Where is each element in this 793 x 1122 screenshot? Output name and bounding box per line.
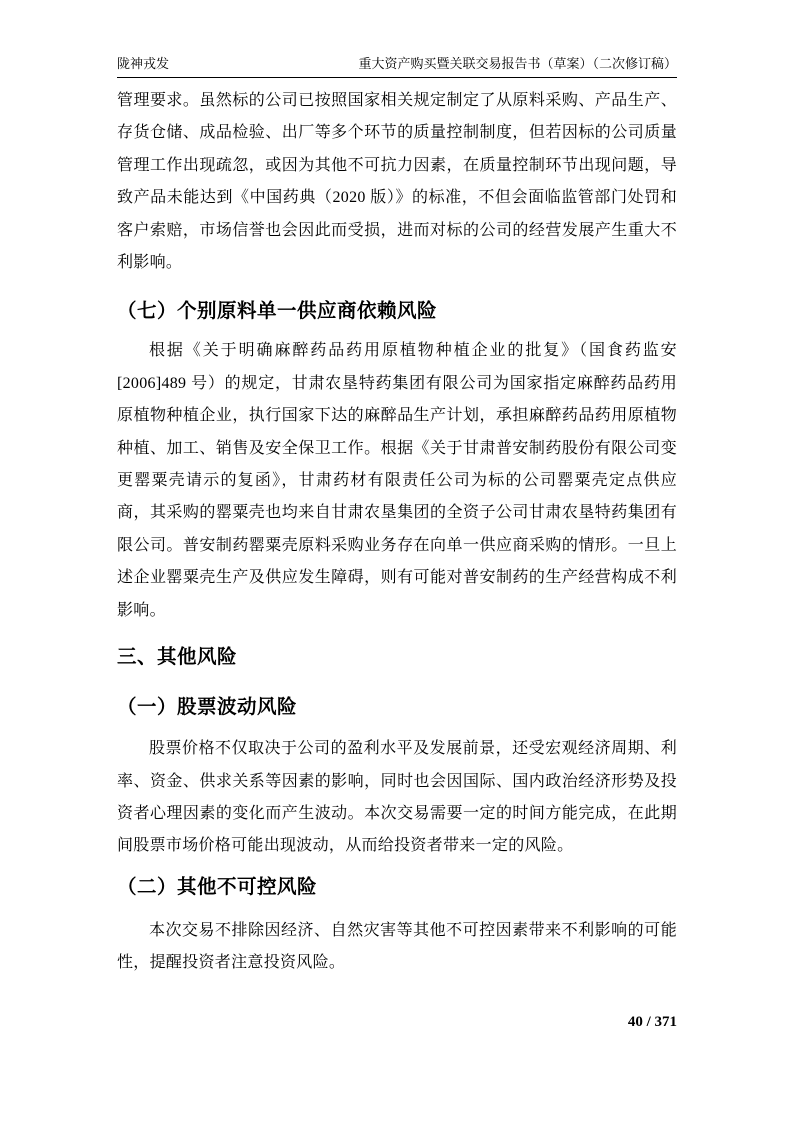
document-page: 陇神戎发 重大资产购买暨关联交易报告书（草案）（二次修订稿） 管理要求。虽然标的… [0,0,793,1122]
page-header: 陇神戎发 重大资产购买暨关联交易报告书（草案）（二次修订稿） [117,0,677,78]
heading-section3-2-uncontrollable-risk: （二）其他不可控风险 [117,873,677,901]
heading-section3-other-risks: 三、其他风险 [117,643,677,671]
page-number: 40 / 371 [628,1014,677,1030]
header-report-title: 重大资产购买暨关联交易报告书（草案）（二次修订稿） [358,55,677,72]
header-company-name: 陇神戎发 [117,55,169,72]
paragraph-single-supplier-risk: 根据《关于明确麻醉药品药用原植物种植企业的批复》（国食药监安[2006]489 … [117,335,677,627]
page-footer: 40 / 371 [628,1014,677,1031]
heading-section7-single-supplier-risk: （七）个别原料单一供应商依赖风险 [117,297,677,325]
paragraph-stock-volatility-risk: 股票价格不仅取决于公司的盈利水平及发展前景，还受宏观经济周期、利率、资金、供求关… [117,733,677,863]
heading-section3-1-stock-volatility-risk: （一）股票波动风险 [117,693,677,721]
paragraph-uncontrollable-risk: 本次交易不排除因经济、自然灾害等其他不可控因素带来不利影响的可能性，提醒投资者注… [117,915,677,980]
paragraph-quality-control-risk: 管理要求。虽然标的公司已按照国家相关规定制定了从原料采购、产品生产、存货仓储、成… [117,85,677,279]
page-content-column: 陇神戎发 重大资产购买暨关联交易报告书（草案）（二次修订稿） 管理要求。虽然标的… [117,0,677,980]
